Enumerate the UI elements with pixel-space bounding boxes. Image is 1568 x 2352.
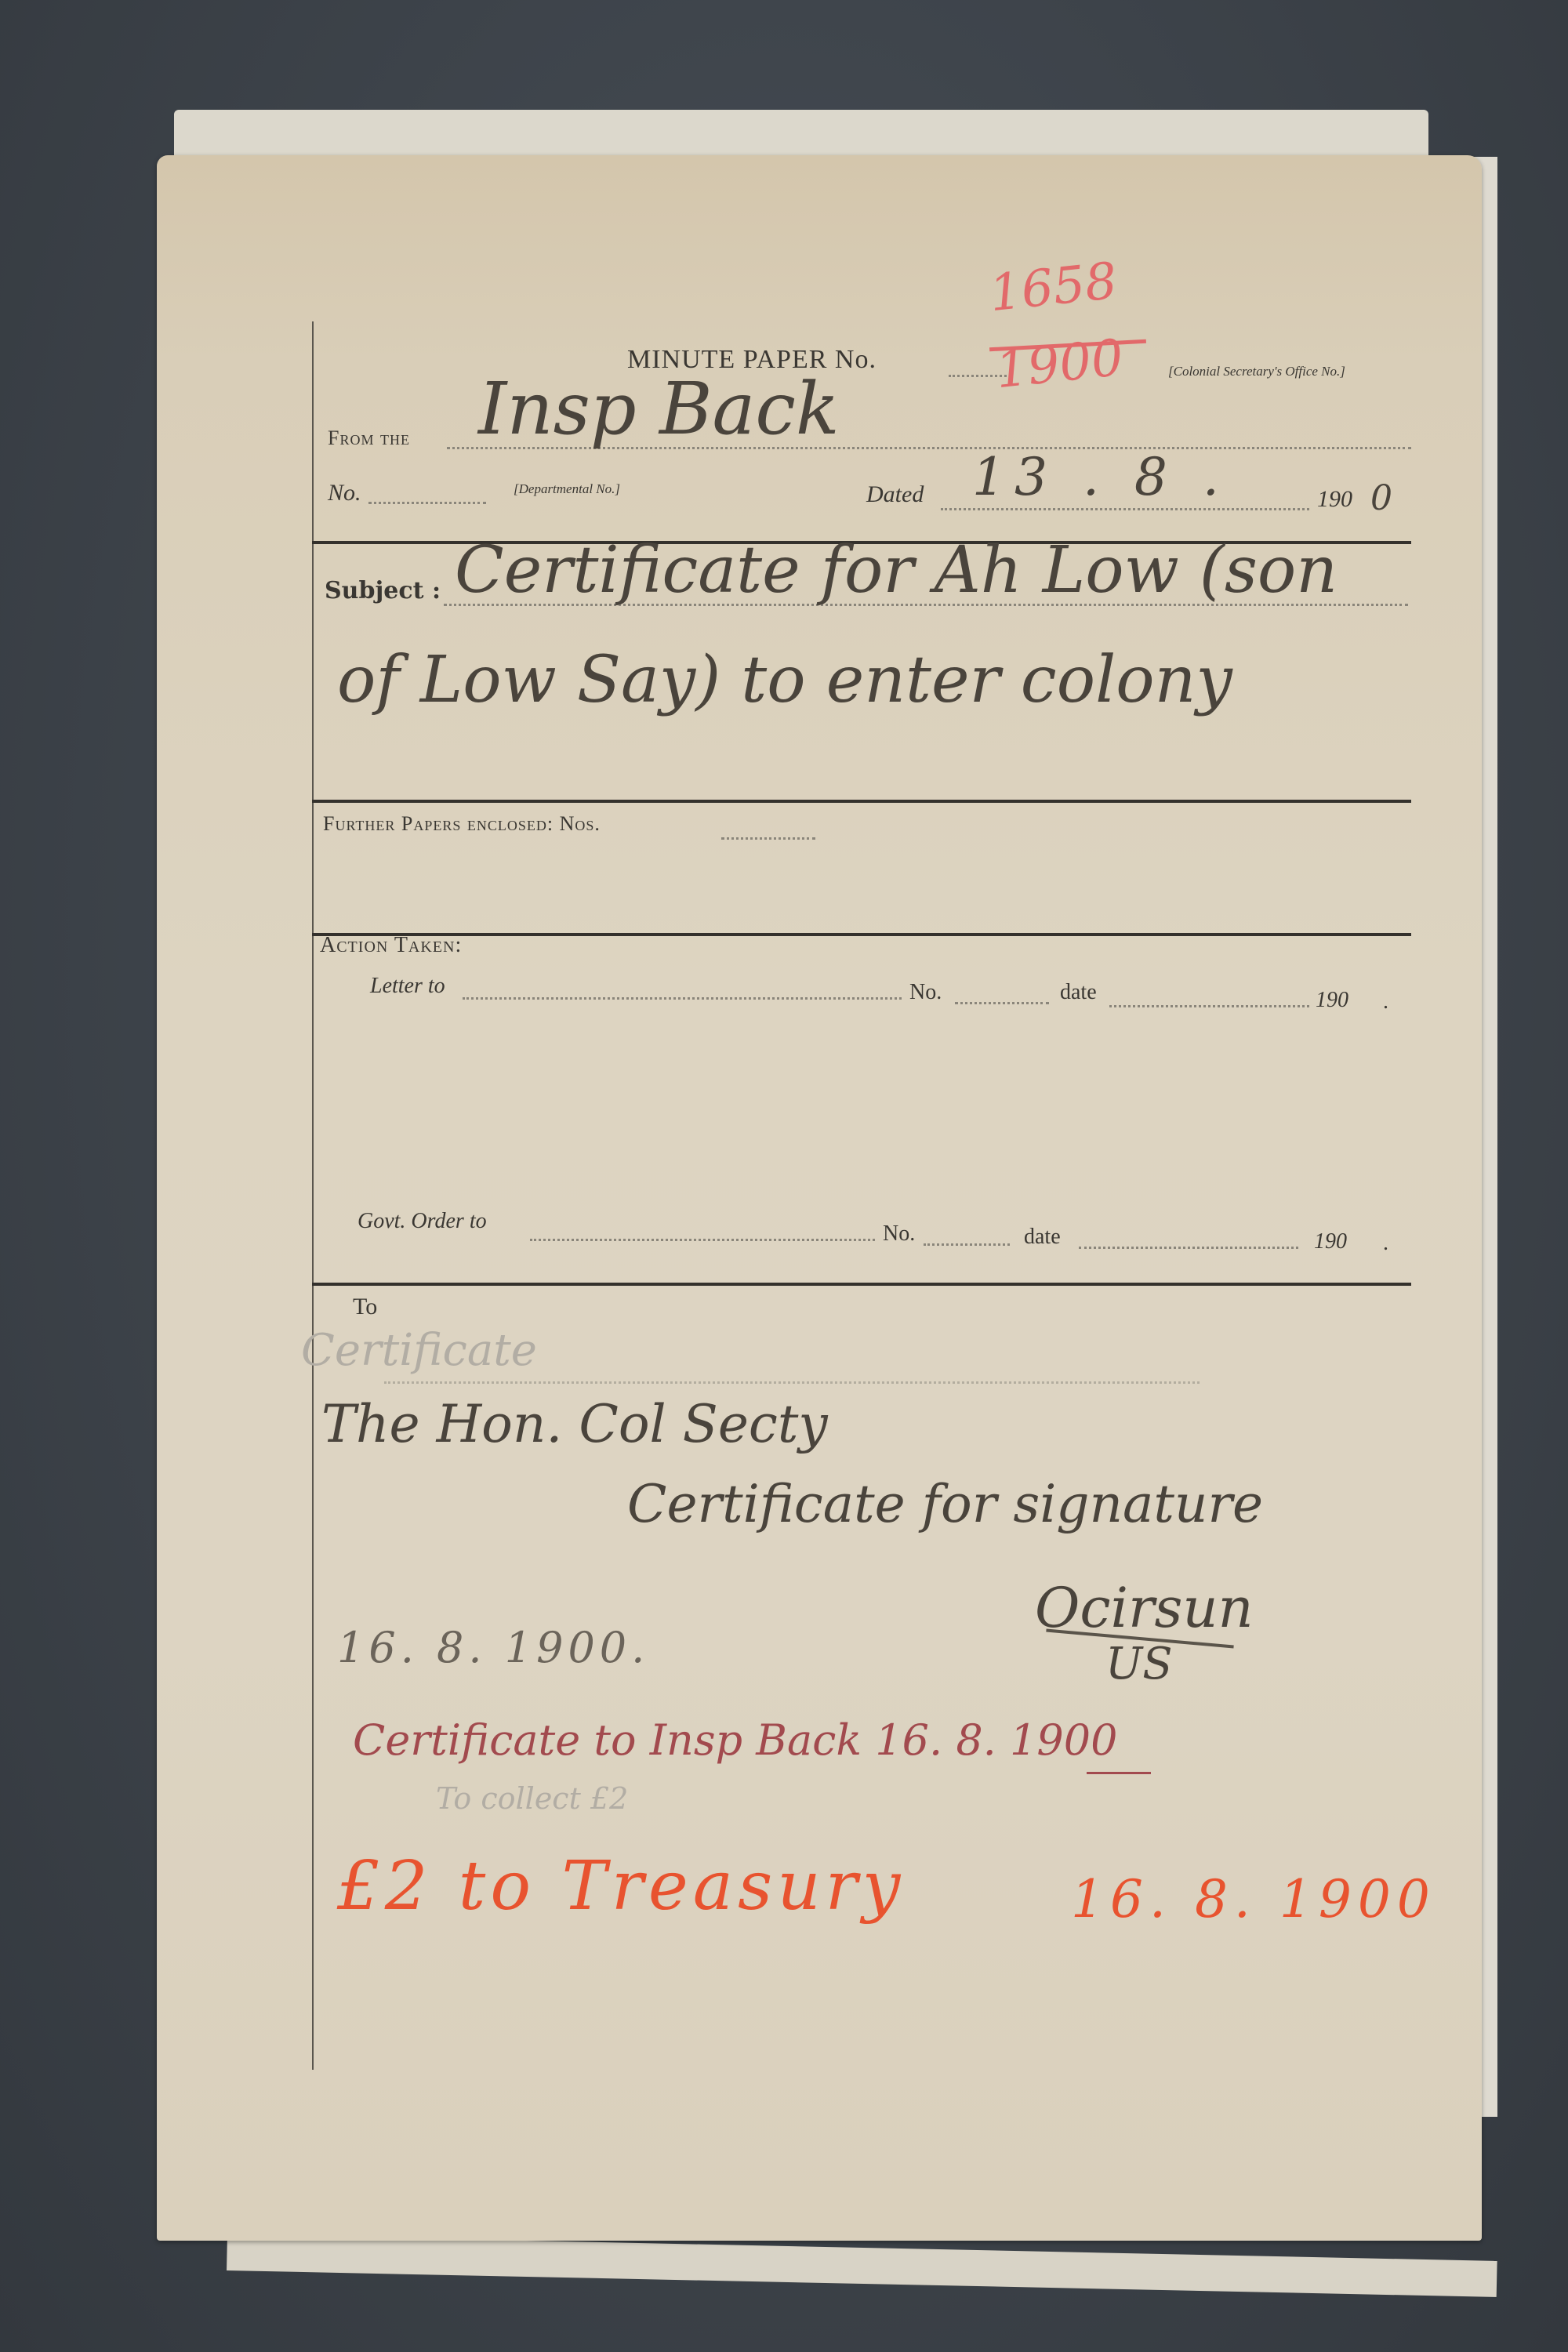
addressee-note: The Hon. Col Secty: [321, 1394, 828, 1454]
no-label: No.: [328, 480, 361, 506]
govt-order-dots: [530, 1239, 875, 1241]
subject-label: Subject :: [325, 577, 441, 604]
back-sheet-bottom-edge: [227, 2234, 1497, 2297]
letter-date-label: date: [1060, 980, 1097, 1005]
to-dots: [384, 1381, 1200, 1384]
govt-no-label: No.: [883, 1221, 915, 1247]
govt-period: .: [1383, 1231, 1388, 1256]
date-note-1: 16. 8. 1900.: [337, 1623, 649, 1672]
pencil-collect-note: To collect £2: [436, 1781, 628, 1816]
section-rule-4: [312, 1283, 1411, 1286]
year-suffix: 0: [1370, 478, 1392, 518]
from-label: From the: [328, 426, 410, 450]
letter-year: 190: [1316, 988, 1348, 1013]
red-note-underline: [1087, 1772, 1151, 1774]
govt-date-label: date: [1024, 1225, 1061, 1250]
letter-no-label: No.: [909, 980, 942, 1005]
action-taken-label: Action Taken:: [320, 933, 462, 958]
letter-to-label: Letter to: [370, 974, 445, 999]
margin-line: [312, 321, 314, 2070]
govt-date-dots: [1079, 1247, 1298, 1249]
section-rule-3: [312, 933, 1411, 936]
pencil-certificate-note: Certificate: [301, 1325, 537, 1376]
further-papers-label: Further Papers enclosed: Nos.: [323, 812, 601, 836]
letter-date-dots: [1109, 1005, 1309, 1007]
govt-order-label: Govt. Order to: [358, 1209, 487, 1234]
dated-value: 13 . 8 .: [972, 447, 1229, 507]
subject-line-1: Certificate for Ah Low (son: [455, 533, 1338, 608]
govt-no-dots: [924, 1243, 1010, 1246]
from-value: Insp Back: [478, 367, 840, 451]
treasury-note: £2 to Treasury: [337, 1847, 905, 1926]
certificate-for-signature-note: Certificate for signature: [627, 1474, 1263, 1534]
to-label: To: [353, 1294, 377, 1320]
letter-to-dots: [463, 997, 902, 1000]
dated-label: Dated: [866, 481, 924, 508]
year-prefix: 190: [1317, 486, 1352, 513]
subject-line-2: of Low Say) to enter colony: [337, 643, 1232, 717]
treasury-date: 16. 8. 1900: [1071, 1869, 1436, 1929]
signature-initials: US: [1105, 1639, 1173, 1690]
letter-period: .: [1383, 989, 1388, 1014]
letter-no-dots: [955, 1002, 1049, 1004]
red-certificate-note: Certificate to Insp Back 16. 8. 1900: [353, 1715, 1117, 1765]
departmental-label: [Departmental No.]: [514, 481, 620, 497]
dated-dots: [941, 508, 1309, 510]
govt-year: 190: [1314, 1229, 1347, 1254]
no-dots: [368, 502, 486, 504]
further-papers-dots: [721, 837, 815, 840]
office-no-label: [Colonial Secretary's Office No.]: [1168, 364, 1345, 379]
section-rule-2: [312, 800, 1411, 803]
